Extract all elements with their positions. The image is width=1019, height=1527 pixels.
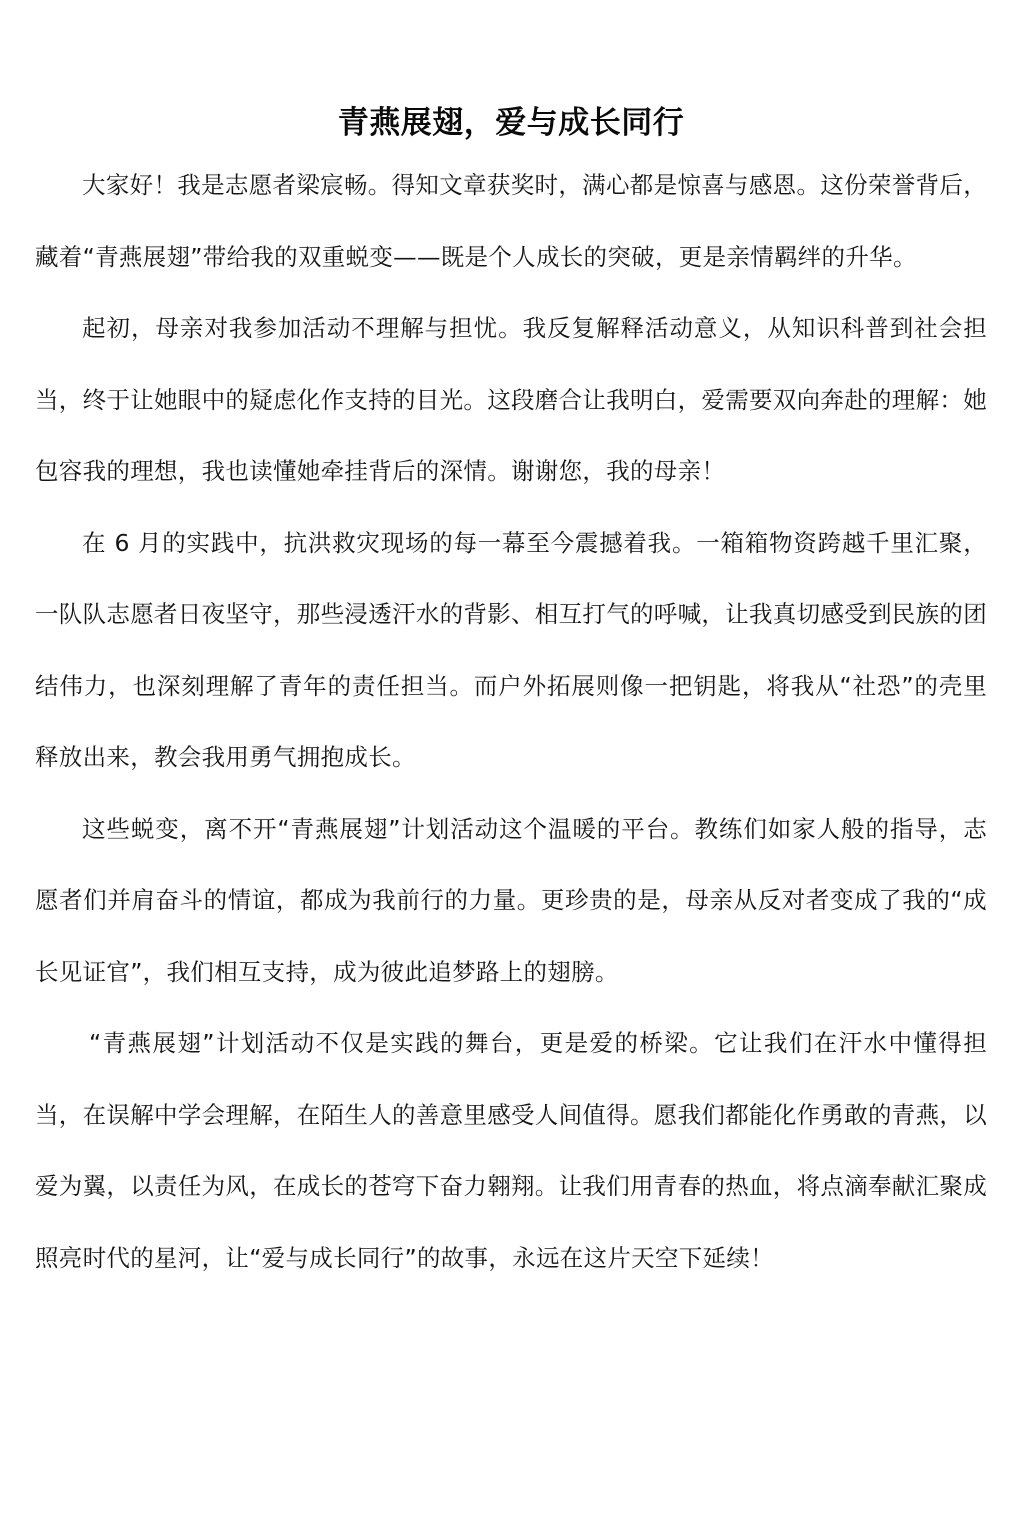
document-body: 大家好！我是志愿者梁宸畅。得知文章获奖时，满心都是惊喜与感恩。这份荣誉背后，藏着… bbox=[35, 150, 987, 1294]
paragraph-conclusion: “青燕展翅”计划活动不仅是实践的舞台，更是爱的桥梁。它让我们在汗水中懂得担当，在… bbox=[35, 1008, 987, 1294]
document-title: 青燕展翅，爱与成长同行 bbox=[35, 101, 987, 145]
paragraph-mother: 起初，母亲对我参加活动不理解与担忧。我反复解释活动意义，从知识科普到社会担当，终… bbox=[35, 293, 987, 508]
paragraph-platform: 这些蜕变，离不开“青燕展翅”计划活动这个温暖的平台。教练们如家人般的指导，志愿者… bbox=[35, 794, 987, 1009]
paragraph-practice: 在 6 月的实践中，抗洪救灾现场的每一幕至今震撼着我。一箱箱物资跨越千里汇聚，一… bbox=[35, 508, 987, 794]
paragraph-intro: 大家好！我是志愿者梁宸畅。得知文章获奖时，满心都是惊喜与感恩。这份荣誉背后，藏着… bbox=[35, 150, 987, 293]
